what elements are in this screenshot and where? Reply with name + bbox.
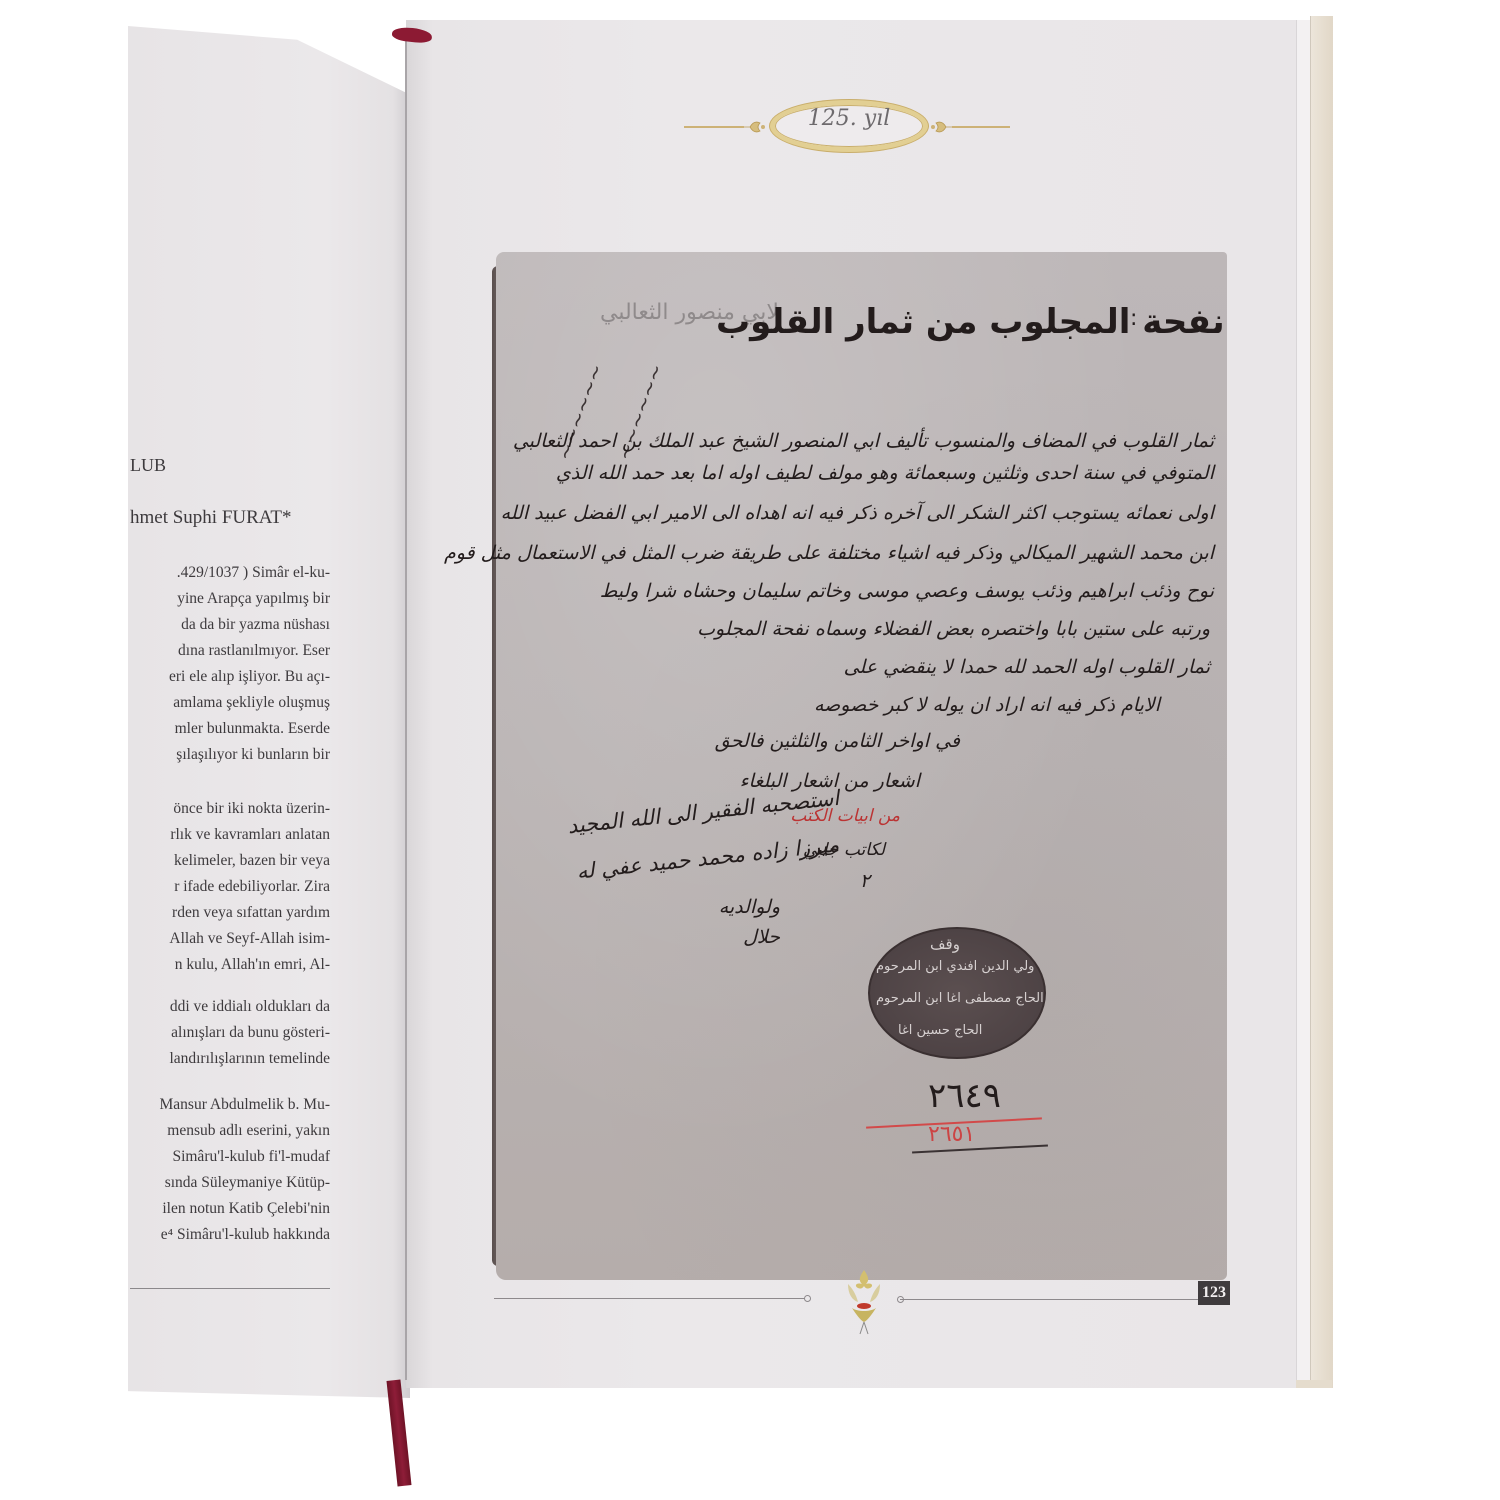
header-title: 125. yıl: [770, 106, 928, 131]
text-line: n kulu, Allah'ın emri, Al-: [175, 952, 330, 979]
manuscript-line: ثمار القلوب في المضاف والمنسوب تأليف ابي…: [513, 430, 1214, 452]
text-line: kelimeler, bazen bir veya: [174, 848, 330, 875]
text-line: Mansur Abdulmelik b. Mu-: [160, 1092, 331, 1119]
ornament-line-left: [684, 126, 744, 128]
book-gutter: [405, 40, 407, 1380]
footer-line-right: [900, 1299, 1198, 1300]
manuscript-mark: :: [1130, 306, 1137, 331]
text-line: ilen notun Katib Çelebi'nin: [162, 1196, 330, 1223]
seal-line: الحاج حسين اغا: [898, 1023, 982, 1038]
footer-dot: [804, 1295, 811, 1302]
text-line: Allah ve Seyf-Allah isim-: [169, 926, 330, 953]
book-cover-edge: [1310, 16, 1333, 1388]
catalog-number: ٢٦٤٩: [928, 1076, 1001, 1116]
seal-line: ولي الدين افندي ابن المرحوم: [876, 959, 1034, 974]
book-cover-corner: [1296, 1380, 1332, 1388]
manuscript-line: الايام ذكر فيه انه اراد ان يوله لا كبر خ…: [814, 694, 1160, 716]
floral-ornament-icon: [834, 1266, 894, 1336]
text-line: mensub adlı eserini, yakın: [167, 1118, 330, 1145]
footnote-divider: [130, 1288, 330, 1289]
manuscript-line: ورتبه على ستين بابا واختصره بعض الفضلاء …: [697, 618, 1210, 640]
text-line: da da bir yazma nüshası: [181, 612, 330, 639]
text-line: dına rastlanılmıyor. Eser: [178, 638, 330, 665]
page-edges: [1296, 20, 1311, 1386]
manuscript-line: ابن محمد الشهير الميكالي وذكر فيه اشياء …: [444, 542, 1214, 564]
ornament-finial-right-icon: [930, 118, 952, 136]
seal-line: الحاج مصطفى اغا ابن المرحوم: [876, 991, 1044, 1006]
text-line: rden veya sıfattan yardım: [172, 900, 330, 927]
ownership-note-line: ولوالديه: [719, 896, 780, 918]
text-line: mler bulunmakta. Eserde: [175, 716, 330, 743]
text-line: .429/1037 ) Simâr el-ku-: [177, 560, 330, 587]
text-line: yine Arapça yapılmış bir: [177, 586, 330, 613]
text-line: e⁴ Simâru'l-kulub hakkında: [161, 1222, 330, 1249]
text-line: amlama şekliyle oluşmuş: [173, 690, 330, 717]
manuscript-line: ٢: [860, 870, 870, 892]
text-line: Simâru'l-kulub fi'l-mudaf: [172, 1144, 330, 1171]
manuscript-line: في اواخر الثامن والثلثين فالحق: [715, 730, 960, 752]
author-heading: hmet Suphi FURAT*: [130, 505, 292, 532]
waqf-seal: وقف ولي الدين افندي ابن المرحوم الحاج مص…: [868, 927, 1046, 1059]
seal-line: وقف: [930, 935, 960, 953]
text-line: alınışları da bunu gösteri-: [171, 1020, 330, 1047]
manuscript-photo: [496, 252, 1227, 1280]
ornament-finial-left-icon: [744, 118, 766, 136]
manuscript-title: نفحة المجلوب من ثمار القلوب: [716, 302, 1225, 342]
header-ornament: 125. yıl: [684, 96, 1010, 158]
section-heading: LUB: [130, 452, 166, 479]
open-book: LUB hmet Suphi FURAT* .429/1037 ) Simâr …: [0, 0, 1500, 1500]
old-catalog-number: ٢٦٥١: [928, 1122, 975, 1147]
text-line: landırılışlarının temelinde: [169, 1046, 330, 1073]
ownership-note-line: حلال: [743, 926, 780, 948]
ornament-line-right: [952, 126, 1010, 128]
text-line: sında Süleymaniye Kütüp-: [165, 1170, 330, 1197]
text-line: şılaşılıyor ki bunların bir: [176, 742, 330, 769]
manuscript-line: المتوفي في سنة احدى وثلثين وسبعمائة وهو …: [556, 462, 1214, 484]
text-line: önce bir iki nokta üzerin-: [173, 796, 330, 823]
text-line: eri ele alıp işliyor. Bu açı-: [169, 664, 330, 691]
manuscript-line: ثمار القلوب اوله الحمد لله حمدا لا ينقضي…: [844, 656, 1210, 678]
footer-line-left: [494, 1298, 806, 1299]
manuscript-line: نوح وذئب ابراهيم وذئب يوسف وعصي موسى وخا…: [600, 580, 1214, 602]
page-number: 123: [1198, 1281, 1230, 1305]
text-line: r ifade edebiliyorlar. Zira: [174, 874, 330, 901]
manuscript-line: اولى نعمائه يستوجب اكثر الشكر الى آخره ذ…: [501, 502, 1214, 524]
text-line: rlık ve kavramları anlatan: [170, 822, 330, 849]
text-line: ddi ve iddialı oldukları da: [170, 994, 330, 1021]
